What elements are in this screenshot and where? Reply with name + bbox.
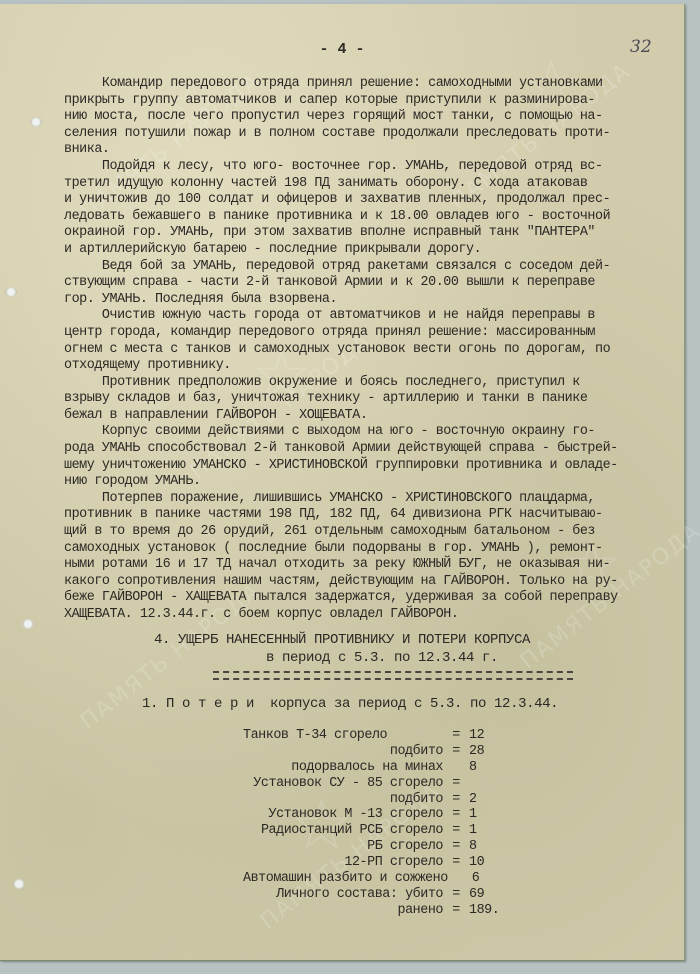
text-line: Корпус своими действиями с выходом на юг… [64, 424, 660, 441]
loss-value: 28 [469, 744, 503, 760]
paragraph-p1: Командир передового отряда принял решени… [64, 76, 660, 159]
text-line: селения потушили пожар и в полном состав… [64, 126, 660, 143]
equals-sign: = [443, 728, 469, 744]
text-line: третил идущую колонну частей 198 ПД зани… [64, 176, 660, 193]
losses-table: Танков Т-34 сгорело=12подбито=28подорвал… [243, 728, 503, 919]
text-line: отходящему противнику. [64, 358, 660, 375]
text-line: ными ротами 16 и 17 ТД начал отходить за… [64, 557, 660, 574]
binder-hole [22, 619, 34, 629]
loss-label: Автомашин разбито и сожжено [243, 871, 448, 887]
paragraph-p7: Потерпев поражение, лишившись УМАНСКО - … [64, 491, 660, 624]
text-line: Противник предположив окружение и боясь … [64, 375, 660, 392]
text-line: Очистив южную часть города от автоматчик… [64, 308, 660, 325]
document-page: ☆ ☆ ☆ ☆ ☆ ПАМЯТЬ НАРОДА ПАМЯТЬ НАРОДА ПА… [0, 4, 685, 961]
equals-sign: = [443, 792, 469, 808]
loss-label: ранено [243, 903, 443, 919]
text-line: ледовать бежавшего в панике противника и… [64, 209, 660, 226]
text-line: Подойдя к лесу, что юго- восточнее гор. … [64, 159, 660, 176]
losses-row: Установок СУ - 85 сгорело= [243, 776, 503, 792]
text-line: вника. [64, 142, 660, 159]
text-line: и уничтожив до 100 солдат и офицеров и з… [64, 192, 660, 209]
text-line: рода УМАНЬ способствовал 2-й танковой Ар… [64, 441, 660, 458]
text-line: противник в панике частями 198 ПД, 182 П… [64, 507, 660, 524]
losses-row: Танков Т-34 сгорело=12 [243, 728, 503, 744]
losses-row: Личного состава: убито=69 [243, 887, 503, 903]
loss-label: Личного состава: убито [243, 887, 443, 903]
equals-sign: = [443, 887, 469, 903]
loss-label: 12-РП сгорело [243, 855, 443, 871]
loss-label: Установок М -13 сгорело [243, 807, 443, 823]
text-line: самоходных установок ( последние были по… [64, 541, 660, 558]
paragraph-p6: Корпус своими действиями с выходом на юг… [64, 424, 660, 490]
loss-value: 8 [469, 839, 503, 855]
paragraph-p3: Ведя бой за УМАНЬ, передовой отряд ракет… [64, 259, 660, 309]
paragraph-p2: Подойдя к лесу, что юго- восточнее гор. … [64, 159, 660, 259]
section-title: 4. УЩЕРБ НАНЕСЕННЫЙ ПРОТИВНИКУ И ПОТЕРИ … [0, 632, 684, 648]
loss-label: подбито [243, 792, 443, 808]
loss-label: подбито [243, 744, 443, 760]
handwritten-page-number: 32 [630, 37, 652, 57]
double-line-separator [213, 671, 573, 680]
equals-sign: = [443, 823, 469, 839]
loss-value: 10 [469, 855, 503, 871]
loss-value: 8 [469, 760, 503, 776]
loss-value: 69 [469, 887, 503, 903]
loss-value: 2 [469, 792, 503, 808]
losses-row: Установок М -13 сгорело=1 [243, 807, 503, 823]
equals-sign: = [443, 776, 469, 792]
losses-row: подорвалось на минах8 [243, 760, 503, 776]
section-period: в период с 5.3. по 12.3.44 г. [40, 650, 700, 666]
text-line: прикрыть группу автоматчиков и сапер кот… [64, 93, 660, 110]
text-line: бежал в направлении ГАЙВОРОН - ХОЩЕВАТА. [64, 408, 660, 425]
text-line: огнем с места с танков и самоходных уста… [64, 342, 660, 359]
text-line: нию городом УМАНЬ. [64, 474, 660, 491]
equals-sign: = [443, 744, 469, 760]
binder-hole [5, 287, 17, 297]
equals-sign: = [443, 903, 469, 919]
equals-sign: = [443, 855, 469, 871]
page-marker: - 4 - [0, 41, 684, 58]
text-line: какого сопротивления нашим частям, дейст… [64, 574, 660, 591]
loss-value: 189. [469, 903, 503, 919]
loss-label: Радиостанций РСБ сгорело [243, 823, 443, 839]
text-line: щий в то время до 26 орудий, 261 отдельн… [64, 524, 660, 541]
loss-value: 6 [472, 871, 503, 887]
loss-label: Танков Т-34 сгорело [243, 728, 443, 744]
text-line: Потерпев поражение, лишившись УМАНСКО - … [64, 491, 660, 508]
losses-row: Радиостанций РСБ сгорело=1 [243, 823, 503, 839]
loss-value: 1 [469, 823, 503, 839]
paragraph-p4: Очистив южную часть города от автоматчик… [64, 308, 660, 374]
equals-sign: = [443, 839, 469, 855]
text-line: Командир передового отряда принял решени… [64, 76, 660, 93]
text-line: и артиллерийскую батарею - последние при… [64, 242, 660, 259]
text-line: нию моста, после чего пропустил через го… [64, 109, 660, 126]
binder-hole [30, 117, 42, 127]
loss-value: 1 [469, 807, 503, 823]
text-line: Ведя бой за УМАНЬ, передовой отряд ракет… [64, 259, 660, 276]
text-line: окраиной гор. УМАНЬ, при этом захватив в… [64, 225, 660, 242]
losses-row: 12-РП сгорело=10 [243, 855, 503, 871]
losses-row: ранено=189. [243, 903, 503, 919]
loss-value: 12 [469, 728, 503, 744]
text-line: центр города, командир передового отряда… [64, 325, 660, 342]
losses-row: подбито=2 [243, 792, 503, 808]
text-line: беже ГАЙВОРОН - ХАЩЕВАТА пытался задержа… [64, 590, 660, 607]
binder-hole [13, 879, 25, 889]
loss-label: Установок СУ - 85 сгорело [243, 776, 443, 792]
equals-sign [448, 871, 472, 887]
losses-row: подбито=28 [243, 744, 503, 760]
text-line: ствующим справа - части 2-й танковой Арм… [64, 275, 660, 292]
text-line: шему уничтожению УМАНСКО - ХРИСТИНОВСКОЙ… [64, 458, 660, 475]
loss-value [469, 776, 503, 792]
equals-sign [443, 760, 469, 776]
document-body: Командир передового отряда принял решени… [64, 76, 660, 624]
text-line: ХАЩЕВАТА. 12.3.44.г. с боем корпус овлад… [64, 607, 660, 624]
losses-row: РБ сгорело=8 [243, 839, 503, 855]
loss-label: подорвалось на минах [243, 760, 443, 776]
text-line: гор. УМАНЬ. Последняя была взорвена. [64, 292, 660, 309]
text-line: взрыву складов и баз, уничтожая технику … [64, 391, 660, 408]
losses-subtitle: 1. П о т е р и корпуса за период с 5.3. … [142, 696, 558, 712]
loss-label: РБ сгорело [243, 839, 443, 855]
paragraph-p5: Противник предположив окружение и боясь … [64, 375, 660, 425]
equals-sign: = [443, 807, 469, 823]
losses-row: Автомашин разбито и сожжено6 [243, 871, 503, 887]
